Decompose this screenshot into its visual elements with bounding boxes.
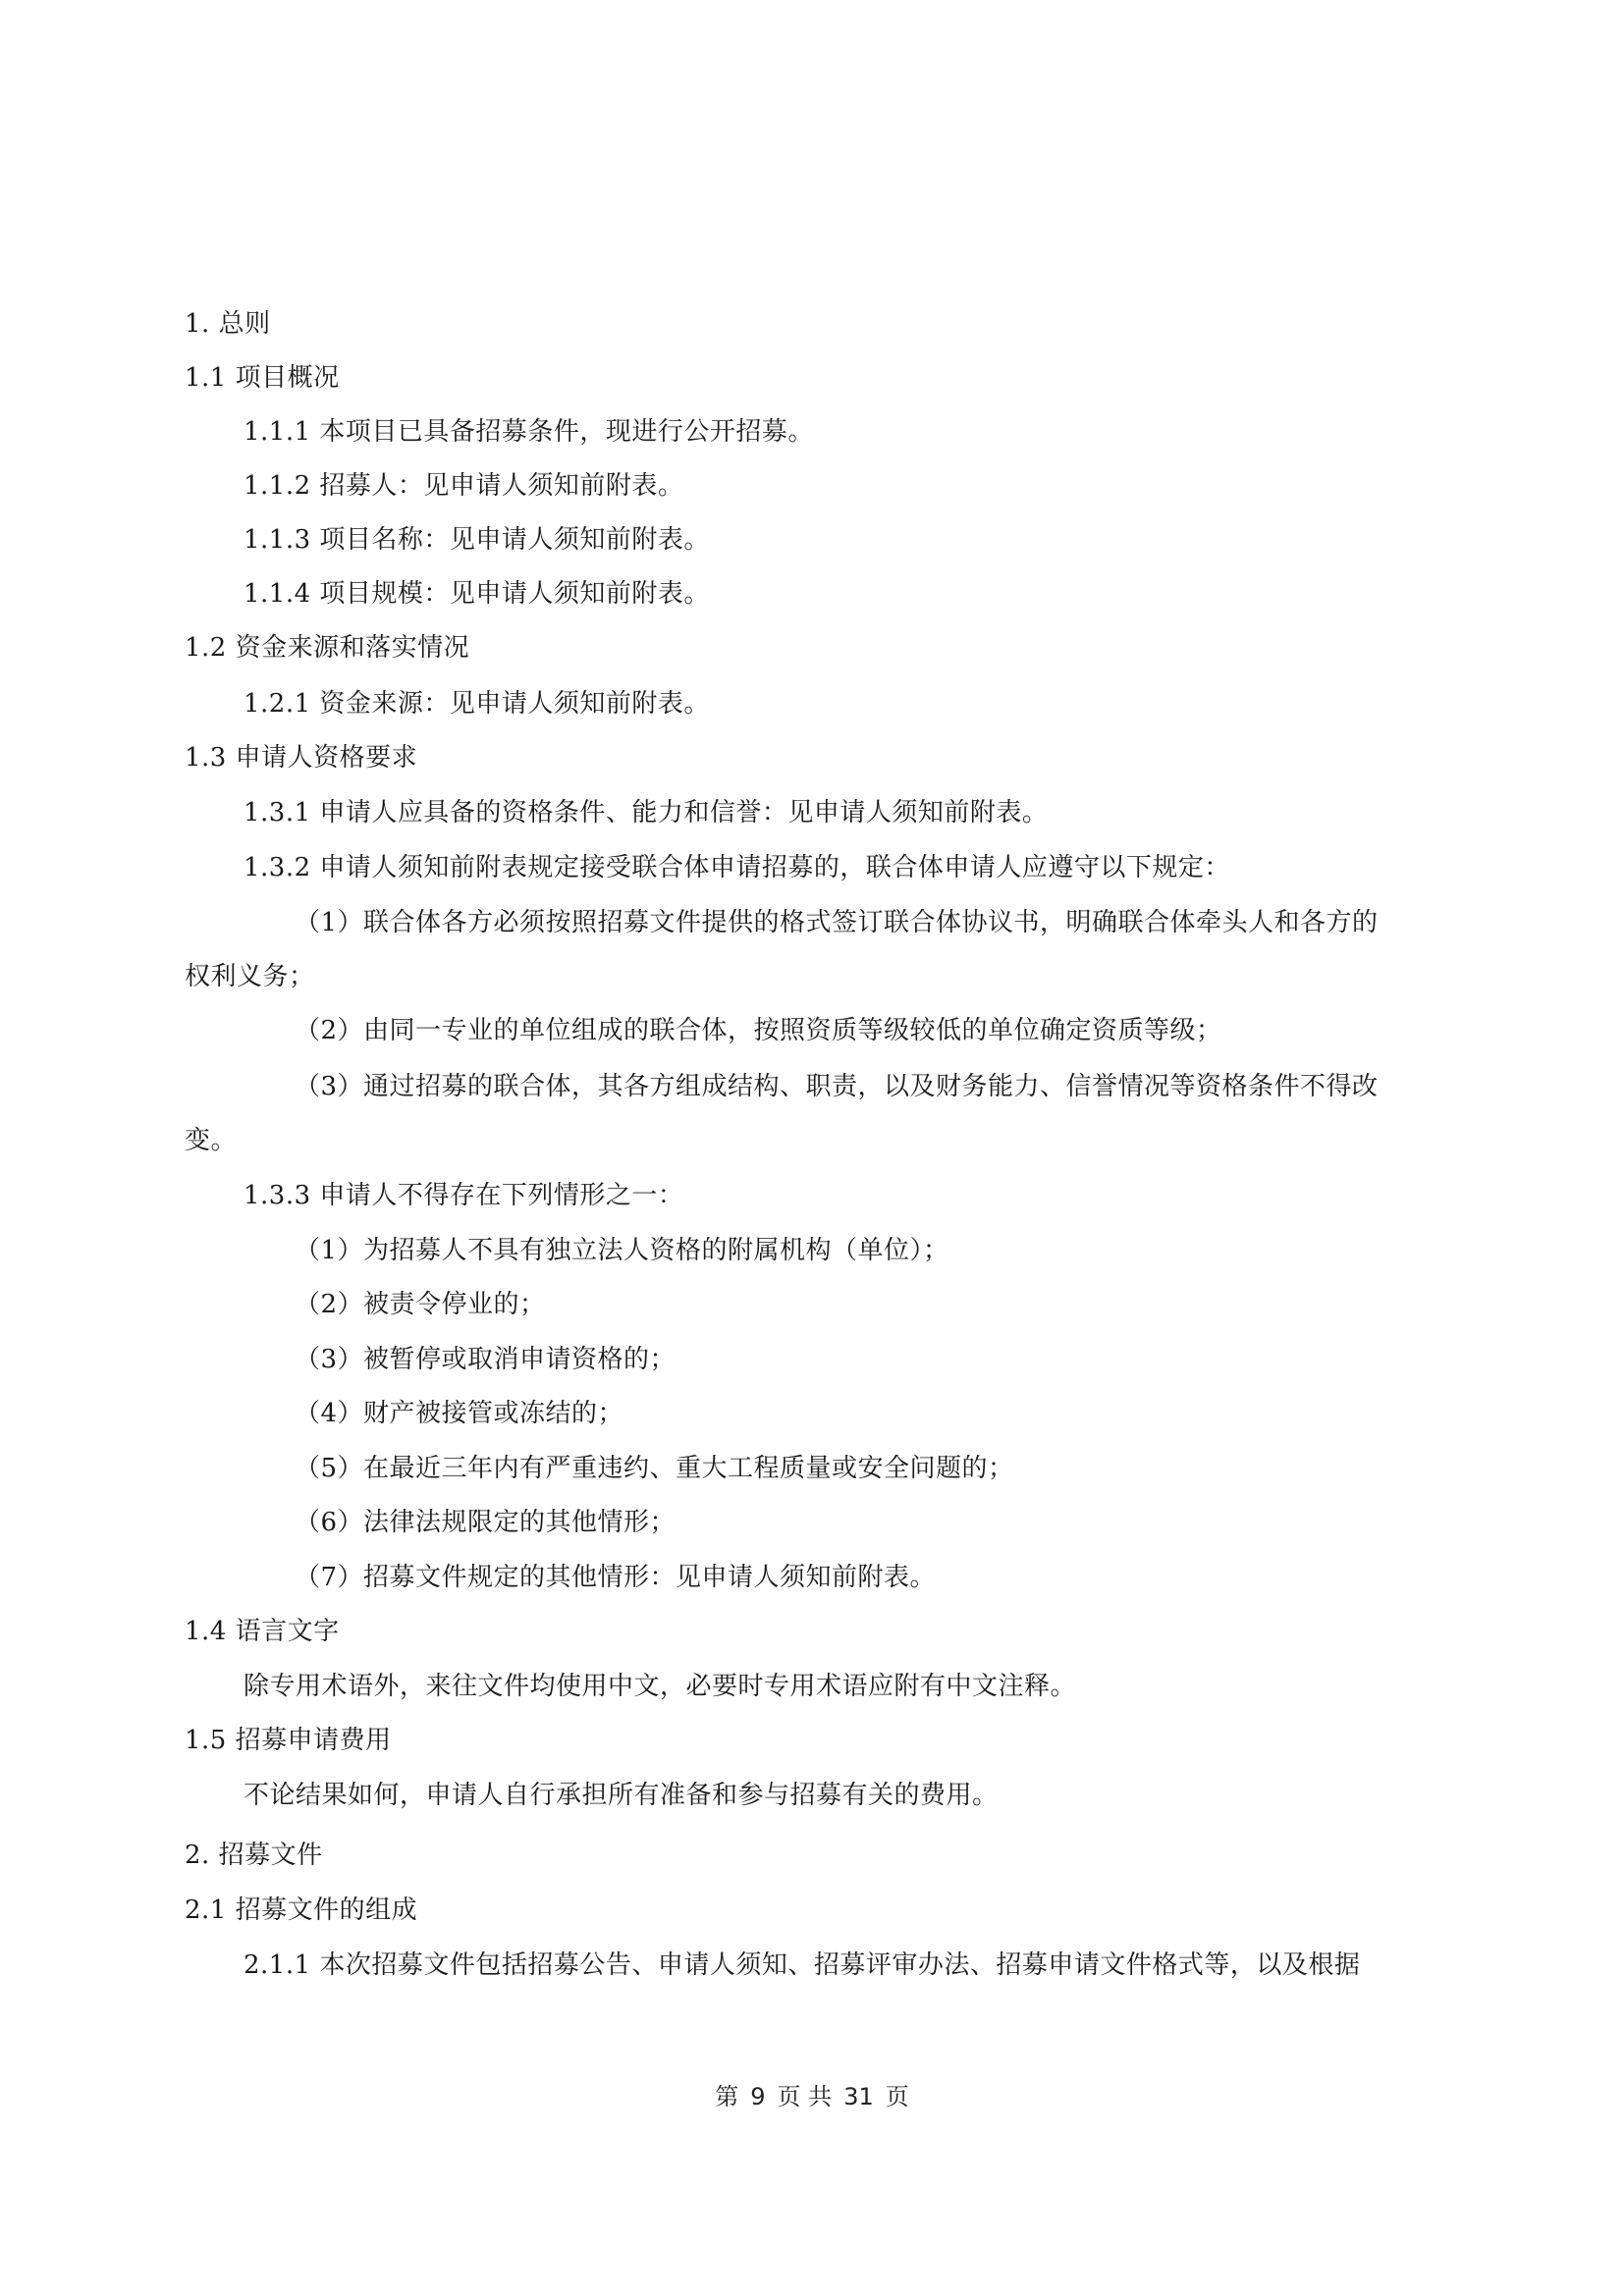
list-item-1-3-3-4: （4）财产被接管或冻结的； <box>295 1397 623 1430</box>
total-page-count: 31 <box>843 2083 874 2110</box>
heading-1-3: 1.3 申请人资格要求 <box>185 741 417 774</box>
footer-suffix: 页 <box>886 2083 909 2110</box>
list-item-1-3-2-2: （2）由同一专业的单位组成的联合体，按照资质等级较低的单位确定资质等级； <box>295 1014 1222 1047</box>
clause-1-1-1: 1.1.1 本项目已具备招募条件，现进行公开招募。 <box>244 415 814 449</box>
heading-1-1: 1.1 项目概况 <box>185 361 340 395</box>
list-item-1-3-3-5: （5）在最近三年内有严重违约、重大工程质量或安全问题的； <box>295 1452 1014 1485</box>
footer-mid: 页 共 <box>778 2083 833 2110</box>
clause-1-1-2: 1.1.2 招募人：见申请人须知前附表。 <box>244 469 683 503</box>
heading-1-5: 1.5 招募申请费用 <box>185 1724 392 1757</box>
heading-1: 1. 总则 <box>185 307 271 341</box>
list-item-1-3-2-3-cont: 变。 <box>185 1124 237 1157</box>
list-item-1-3-3-3: （3）被暂停或取消申请资格的； <box>295 1343 676 1376</box>
list-item-1-3-3-1: （1）为招募人不具有独立法人资格的附属机构（单位）； <box>295 1234 949 1267</box>
list-item-1-3-3-2: （2）被责令停业的； <box>295 1288 546 1321</box>
clause-1-1-4: 1.1.4 项目规模：见申请人须知前附表。 <box>244 577 710 611</box>
footer-prefix: 第 <box>715 2083 738 2110</box>
paragraph-1-5: 不论结果如何，申请人自行承担所有准备和参与招募有关的费用。 <box>244 1779 999 1812</box>
heading-1-4: 1.4 语言文字 <box>185 1615 340 1648</box>
list-item-1-3-3-7: （7）招募文件规定的其他情形：见申请人须知前附表。 <box>295 1561 936 1594</box>
list-item-1-3-2-1: （1）联合体各方必须按照招募文件提供的格式签订联合体协议书，明确联合体牵头人和各… <box>295 906 1379 939</box>
heading-2: 2. 招募文件 <box>185 1839 323 1872</box>
list-item-1-3-2-3: （3）通过招募的联合体，其各方组成结构、职责，以及财务能力、信誉情况等资格条件不… <box>295 1070 1379 1103</box>
paragraph-1-4: 除专用术语外，来往文件均使用中文，必要时专用术语应附有中文注释。 <box>244 1670 1076 1703</box>
heading-2-1: 2.1 招募文件的组成 <box>185 1894 417 1927</box>
clause-1-3-1: 1.3.1 申请人应具备的资格条件、能力和信誉：见申请人须知前附表。 <box>244 796 1048 829</box>
clause-1-2-1: 1.2.1 资金来源：见申请人须知前附表。 <box>244 687 710 721</box>
list-item-1-3-3-6: （6）法律法规限定的其他情形； <box>295 1506 676 1539</box>
clause-2-1-1: 2.1.1 本次招募文件包括招募公告、申请人须知、招募评审办法、招募申请文件格式… <box>244 1949 1360 1982</box>
heading-1-2: 1.2 资金来源和落实情况 <box>185 631 469 665</box>
clause-1-1-3: 1.1.3 项目名称：见申请人须知前附表。 <box>244 523 710 557</box>
clause-1-3-2: 1.3.2 申请人须知前附表规定接受联合体申请招募的，联合体申请人应遵守以下规定… <box>244 851 1230 884</box>
clause-1-3-3: 1.3.3 申请人不得存在下列情形之一： <box>244 1179 683 1212</box>
list-item-1-3-2-1-cont: 权利义务； <box>185 960 315 993</box>
page-footer: 第9页 共31页 <box>0 2077 1624 2111</box>
current-page-number: 9 <box>750 2083 765 2110</box>
